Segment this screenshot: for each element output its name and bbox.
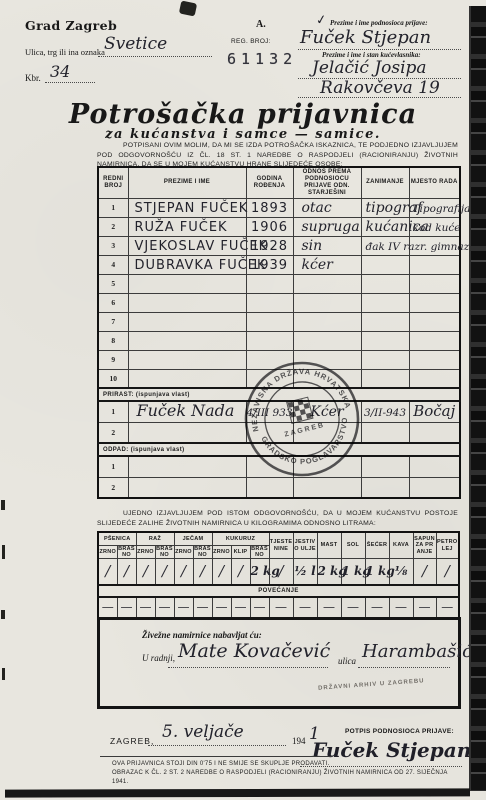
- cell-empty: [409, 456, 460, 477]
- column-header: PETROLEJ: [436, 532, 459, 559]
- section-letter: A.: [256, 20, 266, 30]
- cell-member-name: [128, 369, 246, 388]
- household-row: 4DUBRAVKA FUČEK1939kćer: [98, 255, 460, 274]
- increase-value-cell: —: [155, 597, 174, 618]
- shop-box-line1: Živežne namirnice nabavljat ću:: [142, 631, 262, 640]
- prirast-name-handwriting: Fuček Nada: [137, 401, 235, 420]
- household-row: 2RUŽA FUČEK1906suprugakućanicakod kuće: [98, 217, 460, 236]
- cell-birth-year: 1893: [246, 198, 293, 217]
- cell-relation: supruga: [293, 217, 361, 236]
- relation-handwriting: supruga: [302, 219, 360, 235]
- cell-workplace: [409, 293, 460, 312]
- header-row-no: REDNI BROJ: [98, 167, 128, 198]
- dotted-line: [298, 49, 461, 50]
- supply-value-cell: /: [174, 559, 193, 585]
- prirast-signature-handwriting: Bočaj: [413, 402, 455, 420]
- supply-value-cell: 2 kg: [250, 559, 269, 585]
- cell-empty: [361, 477, 409, 498]
- column-header: KAVA: [389, 532, 413, 559]
- supply-value-cell: 1 kg: [341, 559, 365, 585]
- cell-prirast-signature: [409, 422, 460, 443]
- cell-occupation: [361, 312, 409, 331]
- house-no-value-handwriting: 34: [50, 64, 70, 80]
- increase-value-cell: —: [389, 597, 413, 618]
- note-line-1: OVA PRIJAVNICA STOJI DIN 0'75 I NE SMIJE…: [112, 760, 452, 769]
- relation-handwriting: sin: [302, 238, 323, 254]
- cell-workplace: Tipografija d.d.: [409, 198, 460, 217]
- sub-column-header: ZRNO: [136, 545, 155, 559]
- header-name: PREZIME I IME: [128, 167, 246, 198]
- household-row: 8: [98, 331, 460, 350]
- reg-no-label: REG. BROJ:: [231, 38, 271, 46]
- stamp-top-text: NEZAVISNA DRŽAVA HRVATSKA: [239, 356, 353, 433]
- cell-member-name: [128, 312, 246, 331]
- supply-value-cell: /: [436, 559, 459, 585]
- checkmark-icon: ✓: [315, 13, 328, 27]
- increase-value-cell: —: [250, 597, 269, 618]
- group-header: RAŽ: [136, 532, 174, 545]
- column-header: SAPUN ZA PRANJE: [413, 532, 436, 559]
- household-row: 5: [98, 274, 460, 293]
- birth-year-handwriting: 1893: [251, 201, 288, 216]
- landlord-address-handwriting: Rakovčeva 19: [320, 80, 440, 97]
- birth-year-handwriting: 1928: [251, 239, 288, 254]
- cell-row-no: 1: [98, 401, 128, 422]
- sub-column-header: BRAŠNO: [250, 545, 269, 559]
- increase-value-cell: —: [317, 597, 341, 618]
- cell-member-name: [128, 293, 246, 312]
- column-header: JESTIVO ULJE: [293, 532, 317, 559]
- cell-workplace: [409, 255, 460, 274]
- left-margin-mark: [2, 668, 5, 680]
- ink-blob: [179, 0, 197, 16]
- member-name-handwriting: STJEPAN FUČEK: [135, 201, 249, 216]
- supply-value-cell: /: [193, 559, 212, 585]
- supply-value-cell: /: [231, 559, 250, 585]
- sub-column-header: BRAŠNO: [117, 545, 136, 559]
- supplies-group-header-row: PŠENICARAŽJEČAMKUKURUZTJESTENINEJESTIVO …: [98, 532, 459, 545]
- cell-empty: [409, 477, 460, 498]
- archive-stamp: DRŽAVNI ARHIV U ZAGREBU: [318, 678, 425, 691]
- occupation-handwriting: đak IV razr. gimnazije: [366, 241, 483, 253]
- supply-value-cell: /: [413, 559, 436, 585]
- povecanje-values-row: —————————————————: [98, 597, 459, 618]
- member-name-handwriting: DUBRAVKA FUČEK: [135, 258, 267, 273]
- supply-value-cell: /: [117, 559, 136, 585]
- increase-value-cell: —: [436, 597, 459, 618]
- cell-relation: [293, 331, 361, 350]
- increase-value-cell: —: [212, 597, 231, 618]
- cell-occupation: [361, 274, 409, 293]
- signature-label: POTPIS PODNOSIOCA PRIJAVE:: [345, 728, 454, 736]
- cell-birth-year: 1939: [246, 255, 293, 274]
- increase-value-cell: —: [136, 597, 155, 618]
- group-header: JEČAM: [174, 532, 212, 545]
- cell-workplace: [409, 312, 460, 331]
- sub-column-header: ZRNO: [212, 545, 231, 559]
- member-name-handwriting: RUŽA FUČEK: [135, 220, 228, 235]
- cell-relation: [293, 274, 361, 293]
- cell-member-name: [128, 274, 246, 293]
- cell-workplace: [409, 274, 460, 293]
- household-row: 6: [98, 293, 460, 312]
- shop-box: Živežne namirnice nabavljat ću: U radnji…: [97, 617, 461, 709]
- cell-relation: otac: [293, 198, 361, 217]
- header-workplace: MJESTO RADA: [409, 167, 460, 198]
- povecanje-row: POVEĆANJE: [98, 585, 459, 597]
- header-relation: ODNOS PREMA PODNOSIOCU PRIJAVE ODN. STAR…: [293, 167, 361, 198]
- dotted-line: [168, 667, 328, 668]
- year-printed: 194: [292, 737, 306, 746]
- supplies-paragraph: UJEDNO IZJAVLJUJEM POD ISTOM ODGOVORNOŠĆ…: [97, 509, 458, 528]
- supply-value-cell: 2 kg: [317, 559, 341, 585]
- scanned-document-page: Grad Zagreb Ulica, trg ili ina oznaka Sv…: [0, 0, 486, 800]
- cell-row-no: 4: [98, 255, 128, 274]
- form-subtitle: za kućanstva i samce — samice.: [0, 128, 486, 141]
- sub-column-header: ZRNO: [174, 545, 193, 559]
- increase-value-cell: —: [341, 597, 365, 618]
- shop-radnji-label: U radnji,: [142, 654, 175, 663]
- cell-birth-year: 1906: [246, 217, 293, 236]
- applicant-signature-handwriting: Fuček Stjepan: [312, 740, 471, 760]
- dotted-line: [298, 97, 461, 98]
- column-header: MAST: [317, 532, 341, 559]
- cell-relation: kćer: [293, 255, 361, 274]
- cell-row-no: 10: [98, 369, 128, 388]
- cell-workplace: [409, 350, 460, 369]
- city-label: Grad Zagreb: [25, 20, 117, 33]
- member-name-handwriting: VJEKOSLAV FUČEK: [135, 239, 269, 254]
- cell-birth-year: [246, 312, 293, 331]
- increase-value-cell: —: [98, 597, 117, 618]
- cell-prirast-name: [128, 422, 246, 443]
- household-row: 7: [98, 312, 460, 331]
- increase-value-cell: —: [413, 597, 436, 618]
- dotted-line: [148, 745, 286, 746]
- cell-member-name: DUBRAVKA FUČEK: [128, 255, 246, 274]
- increase-value-cell: —: [293, 597, 317, 618]
- supplies-values-row: ////////2 kg/½ l2 kg1 kg1 kg⅛//: [98, 559, 459, 585]
- supplies-table: PŠENICARAŽJEČAMKUKURUZTJESTENINEJESTIVO …: [97, 531, 460, 619]
- cell-member-name: VJEKOSLAV FUČEK: [128, 236, 246, 255]
- cell-empty: [128, 456, 246, 477]
- cell-prirast-name: Fuček Nada: [128, 401, 246, 422]
- supply-value-cell: /: [212, 559, 231, 585]
- cell-member-name: [128, 331, 246, 350]
- cell-workplace: [409, 369, 460, 388]
- dotted-line: [358, 667, 450, 668]
- supply-value-cell: /: [155, 559, 174, 585]
- column-header: ŠEĆER: [365, 532, 389, 559]
- relation-handwriting: kćer: [302, 257, 333, 273]
- dotted-line: [45, 82, 95, 83]
- supply-value-cell: 1 kg: [365, 559, 389, 585]
- column-header: SOL: [341, 532, 365, 559]
- house-no-label: Kbr.: [25, 74, 41, 83]
- street-label: Ulica, trg ili ina oznaka: [25, 48, 105, 57]
- left-margin-mark: [2, 545, 5, 559]
- sub-column-header: BRAŠNO: [193, 545, 212, 559]
- left-margin-mark: [1, 500, 5, 510]
- cell-row-no: 2: [98, 422, 128, 443]
- left-margin-mark: [1, 610, 5, 619]
- sub-column-header: BRAŠNO: [155, 545, 174, 559]
- cell-occupation: [361, 350, 409, 369]
- cell-birth-year: [246, 293, 293, 312]
- cell-birth-year: [246, 331, 293, 350]
- shop-street-label: ulica: [338, 657, 356, 666]
- scan-bottom-edge-band: [5, 788, 470, 797]
- increase-value-cell: —: [117, 597, 136, 618]
- cell-row-no: 2: [98, 217, 128, 236]
- cell-occupation: [361, 369, 409, 388]
- reg-no-value: 61132: [227, 52, 297, 67]
- household-row: 1STJEPAN FUČEK1893otactipografTipografij…: [98, 198, 460, 217]
- note-divider: [100, 756, 332, 757]
- stamp-center-text: ZAGREB: [284, 422, 326, 439]
- relation-handwriting: otac: [302, 200, 332, 216]
- cell-birth-year: 1928: [246, 236, 293, 255]
- household-row: 3VJEKOSLAV FUČEK1928sinđak IV razr. gimn…: [98, 236, 460, 255]
- street-value-handwriting: Svetice: [104, 36, 167, 53]
- increase-value-cell: —: [269, 597, 293, 618]
- svg-text:NEZAVISNA DRŽAVA HRVATSKA: NEZAVISNA DRŽAVA HRVATSKA: [239, 356, 353, 433]
- shop-name-handwriting: Mate Kovačević: [178, 642, 330, 661]
- cell-row-no: 3: [98, 236, 128, 255]
- workplace-handwriting: kod kuće: [413, 222, 461, 234]
- group-header: KUKURUZ: [212, 532, 269, 545]
- cell-occupation: tipograf: [361, 198, 409, 217]
- applicant-name-handwriting: Fuček Stjepan: [300, 29, 431, 47]
- dotted-line: [98, 56, 212, 57]
- scan-right-edge-band: [469, 6, 486, 791]
- cell-relation: [293, 293, 361, 312]
- landlord-name-handwriting: Jelačić Josipa: [312, 60, 427, 77]
- cell-member-name: [128, 350, 246, 369]
- increase-value-cell: —: [231, 597, 250, 618]
- cell-member-name: STJEPAN FUČEK: [128, 198, 246, 217]
- cell-row-no: 8: [98, 331, 128, 350]
- sub-column-header: ZRNO: [98, 545, 117, 559]
- cell-prirast-date: 3/II-943: [361, 401, 409, 422]
- povecanje-label: POVEĆANJE: [98, 585, 459, 597]
- cell-relation: sin: [293, 236, 361, 255]
- header-birth-year: GODINA ROĐENJA: [246, 167, 293, 198]
- birth-year-handwriting: 1939: [251, 258, 288, 273]
- household-header-row: REDNI BROJ PREZIME I IME GODINA ROĐENJA …: [98, 167, 460, 198]
- cell-occupation: kućanica: [361, 217, 409, 236]
- note-line-2: OBRAZAC K ČL. 2 ST. 2 NAREDBE O RASPODJE…: [112, 769, 456, 787]
- cell-member-name: RUŽA FUČEK: [128, 217, 246, 236]
- cell-row-no: 9: [98, 350, 128, 369]
- increase-value-cell: —: [365, 597, 389, 618]
- cell-occupation: [361, 331, 409, 350]
- shop-street-handwriting: Harambašićeva 50: [362, 643, 486, 661]
- cell-occupation: đak IV razr. gimnazije: [361, 236, 409, 255]
- cell-row-no: 7: [98, 312, 128, 331]
- increase-value-cell: —: [193, 597, 212, 618]
- supply-value-cell: ½ l: [293, 559, 317, 585]
- cell-workplace: kod kuće: [409, 217, 460, 236]
- cell-birth-year: [246, 274, 293, 293]
- cell-workplace: [409, 331, 460, 350]
- supply-value-cell: /: [136, 559, 155, 585]
- cell-row-no: 1: [98, 456, 128, 477]
- cell-occupation: [361, 293, 409, 312]
- cell-row-no: 6: [98, 293, 128, 312]
- supply-value-cell: /: [98, 559, 117, 585]
- cell-row-no: 1: [98, 198, 128, 217]
- group-header: PŠENICA: [98, 532, 136, 545]
- cell-empty: [128, 477, 246, 498]
- cell-prirast-signature: Bočaj: [409, 401, 460, 422]
- column-header: TJESTENINE: [269, 532, 293, 559]
- sub-column-header: KLIP: [231, 545, 250, 559]
- date-handwriting: 5. veljače: [162, 724, 244, 741]
- cell-row-no: 2: [98, 477, 128, 498]
- cell-relation: [293, 312, 361, 331]
- stamp-shield-emblem: [287, 397, 313, 423]
- form-title: Potrošačka prijavnica: [0, 101, 486, 128]
- cell-occupation: [361, 255, 409, 274]
- cell-row-no: 5: [98, 274, 128, 293]
- birth-year-handwriting: 1906: [251, 220, 288, 235]
- header-occupation: ZANIMANJE: [361, 167, 409, 198]
- increase-value-cell: —: [174, 597, 193, 618]
- prirast-date-handwriting: 3/II-943: [364, 407, 406, 419]
